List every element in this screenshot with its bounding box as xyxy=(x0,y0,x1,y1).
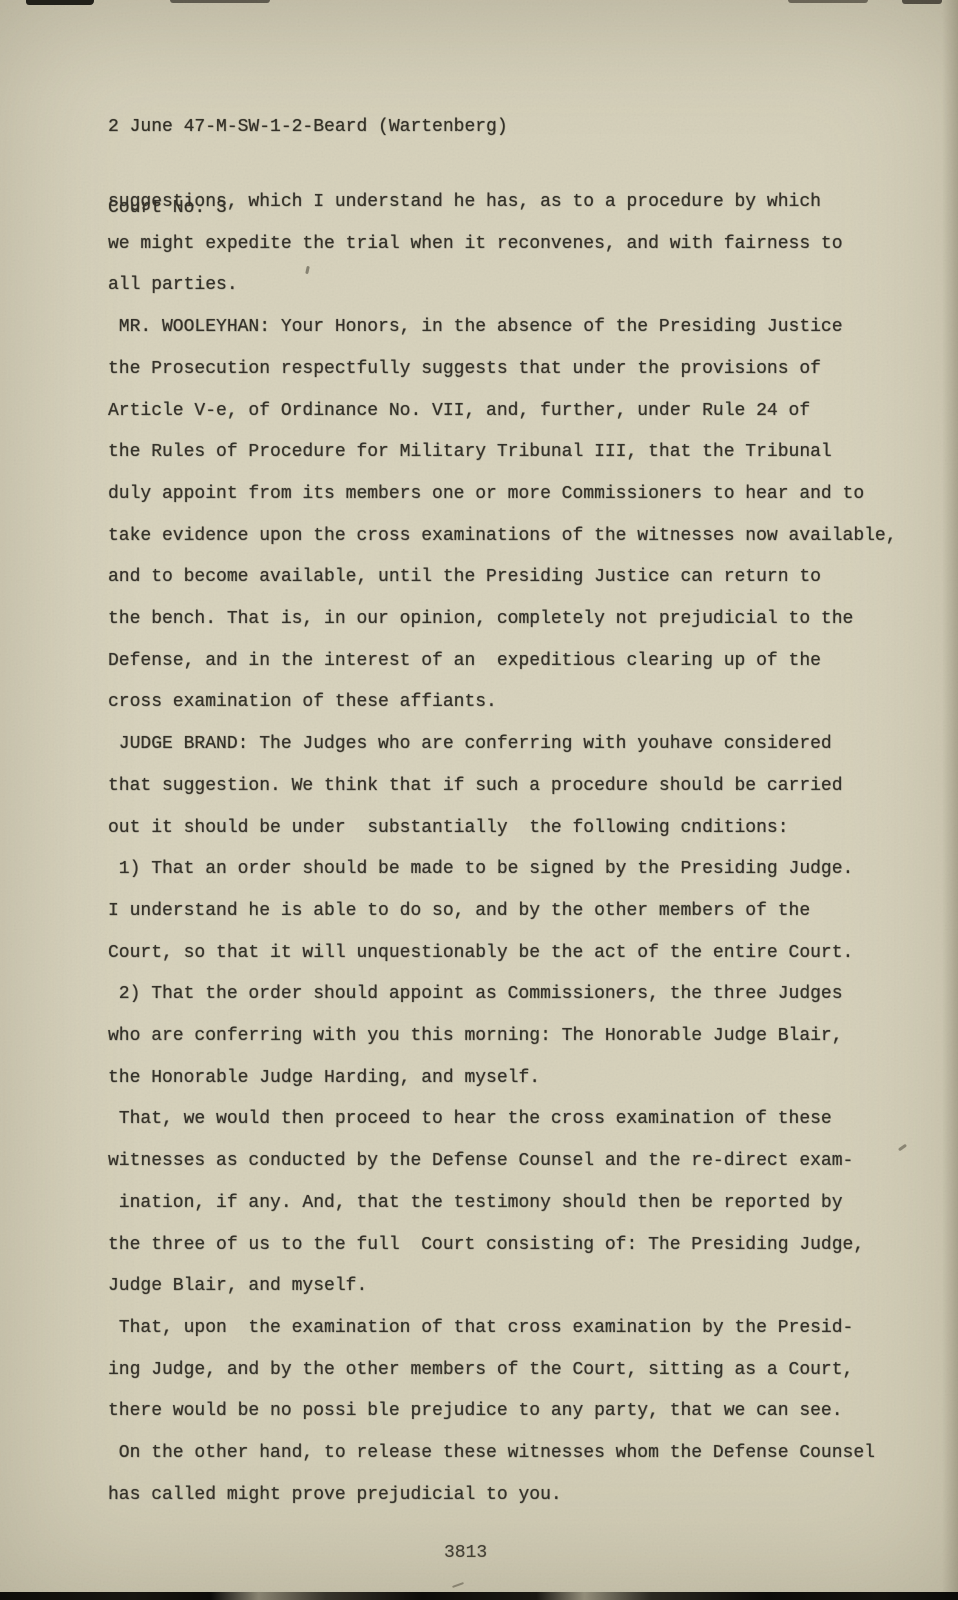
transcript-line: On the other hand, to release these witn… xyxy=(108,1433,897,1475)
transcript-line: and to become available, until the Presi… xyxy=(108,557,897,599)
transcript-body: suggestions, which I understand he has, … xyxy=(108,182,897,1517)
transcript-line: JUDGE BRAND: The Judges who are conferri… xyxy=(108,724,897,766)
transcript-line: the Rules of Procedure for Military Trib… xyxy=(108,432,897,474)
transcript-line: Court, so that it will unquestionably be… xyxy=(108,933,897,975)
transcript-line: there would be no possi ble prejudice to… xyxy=(108,1391,897,1433)
header-dateline: 2 June 47-M-SW-1-2-Beard (Wartenberg) xyxy=(108,114,508,141)
scan-edge-mark xyxy=(788,0,868,3)
scan-edge-mark xyxy=(170,0,270,3)
transcript-line: That, we would then proceed to hear the … xyxy=(108,1099,897,1141)
transcript-line: who are conferring with you this morning… xyxy=(108,1016,897,1058)
scan-bottom-edge xyxy=(0,1592,958,1600)
transcript-line: Defense, and in the interest of an exped… xyxy=(108,641,897,683)
transcript-line: Judge Blair, and myself. xyxy=(108,1266,897,1308)
transcript-line: the three of us to the full Court consis… xyxy=(108,1225,897,1267)
transcript-line: suggestions, which I understand he has, … xyxy=(108,182,897,224)
transcript-line: 1) That an order should be made to be si… xyxy=(108,849,897,891)
transcript-line: all parties. xyxy=(108,265,897,307)
scan-edge-mark xyxy=(902,0,942,4)
transcript-line: take evidence upon the cross examination… xyxy=(108,516,897,558)
transcript-line: witnesses as conducted by the Defense Co… xyxy=(108,1141,897,1183)
scan-edge-mark xyxy=(26,0,94,5)
transcript-line: ing Judge, and by the other members of t… xyxy=(108,1350,897,1392)
transcript-line: That, upon the examination of that cross… xyxy=(108,1308,897,1350)
transcript-line: Article V-e, of Ordinance No. VII, and, … xyxy=(108,391,897,433)
transcript-line: MR. WOOLEYHAN: Your Honors, in the absen… xyxy=(108,307,897,349)
paper-speck xyxy=(898,1144,907,1152)
transcript-line: has called might prove prejudicial to yo… xyxy=(108,1475,897,1517)
transcript-line: out it should be under substantially the… xyxy=(108,808,897,850)
transcript-line: ination, if any. And, that the testimony… xyxy=(108,1183,897,1225)
scan-right-edge-shadow xyxy=(942,0,958,1600)
transcript-line: the Prosecution respectfully suggests th… xyxy=(108,349,897,391)
transcript-line: the bench. That is, in our opinion, comp… xyxy=(108,599,897,641)
paper-speck xyxy=(452,1582,464,1588)
transcript-line: cross examination of these affiants. xyxy=(108,682,897,724)
page-number: 3813 xyxy=(444,1543,487,1563)
transcript-line: duly appoint from its members one or mor… xyxy=(108,474,897,516)
transcript-line: I understand he is able to do so, and by… xyxy=(108,891,897,933)
transcript-line: the Honorable Judge Harding, and myself. xyxy=(108,1058,897,1100)
transcript-line: we might expedite the trial when it reco… xyxy=(108,224,897,266)
transcript-line: that suggestion. We think that if such a… xyxy=(108,766,897,808)
transcript-line: 2) That the order should appoint as Comm… xyxy=(108,974,897,1016)
document-page: 2 June 47-M-SW-1-2-Beard (Wartenberg) Co… xyxy=(0,0,958,1600)
